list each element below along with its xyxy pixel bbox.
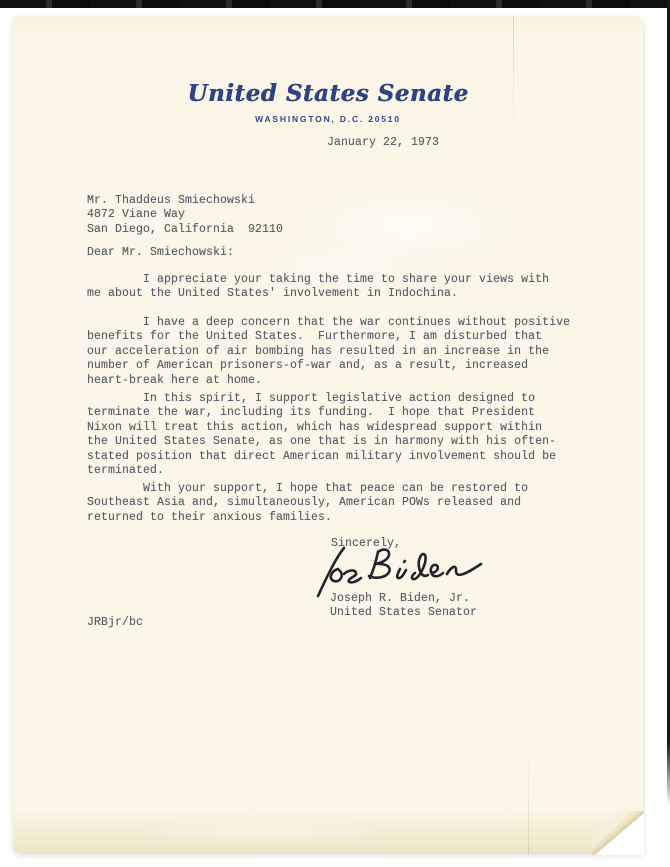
date-line: January 22, 1973 [327, 136, 439, 150]
salutation: Dear Mr. Smiechowski: [87, 246, 234, 260]
scanner-black-strip [0, 0, 670, 8]
dog-ear-corner-fold [592, 811, 644, 855]
body-paragraph-2: I have a deep concern that the war conti… [87, 316, 570, 388]
body-paragraph-1: I appreciate your taking the time to sha… [87, 273, 549, 302]
recipient-address-block: Mr. Thaddeus Smiechowski 4872 Viane Way … [87, 194, 283, 237]
body-paragraph-4: With your support, I hope that peace can… [87, 482, 528, 525]
signer-name-block: Joseph R. Biden, Jr. United States Senat… [330, 592, 477, 621]
paper-crease-top [513, 16, 514, 146]
paper-crease-bottom [528, 744, 529, 854]
letter-paper: United States Senate WASHINGTON, D.C. 20… [13, 16, 643, 854]
typist-initials: JRBjr/bc [87, 616, 143, 630]
biden-signature-icon [311, 545, 486, 599]
letterhead-address: WASHINGTON, D.C. 20510 [13, 114, 643, 124]
scanned-letter-page: { "scan": { "paper_color": "#fbf6e7", "i… [0, 0, 670, 867]
letterhead-title: United States Senate [13, 82, 643, 106]
body-paragraph-3: In this spirit, I support legislative ac… [87, 392, 556, 478]
